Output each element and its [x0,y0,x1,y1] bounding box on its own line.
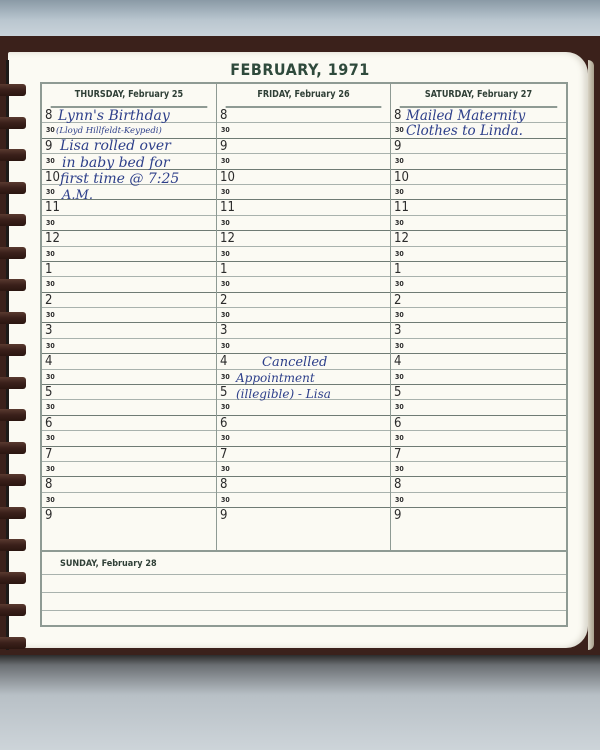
time-slot: 3 [42,323,216,338]
time-label: 30 [46,431,60,446]
time-slot: 1 [42,262,216,277]
time-slot: 30 [42,493,216,508]
time-slot: 30 [217,400,390,415]
time-label: 30 [221,216,235,231]
time-slot: 30 [42,277,216,292]
handwritten-note: Lisa rolled over [60,138,171,154]
time-label: 5 [45,385,59,400]
binder-ring [0,149,26,161]
time-slot: 30 [217,308,390,323]
time-label: 30 [46,247,60,262]
time-slot: 30 [42,216,216,231]
time-slot: 10 [217,170,390,185]
time-label: 9 [45,508,59,523]
sunday-line [42,593,566,611]
time-slot: 30 [391,400,566,415]
handwritten-note: Appointment [236,371,315,385]
time-slot: 7 [391,447,566,462]
time-label: 30 [46,216,60,231]
time-slot: 30 [217,216,390,231]
binder-ring [0,312,26,324]
time-label: 7 [220,447,234,462]
time-label: 30 [46,154,60,169]
time-slot: 5 [391,385,566,400]
time-label: 10 [394,170,408,185]
handwritten-note: Lynn's Birthday [58,108,170,124]
time-slot: 30 [217,185,390,200]
time-label: 3 [45,323,59,338]
time-slot: 11 [391,200,566,215]
time-slot: 30 [391,462,566,477]
time-label: 9 [45,139,59,154]
day-column-saturday: SATURDAY, February 27 830930103011301230… [391,84,566,550]
binder-ring [0,409,26,421]
time-slot: 1 [217,262,390,277]
binder-ring [0,507,26,519]
time-label: 6 [45,416,59,431]
handwritten-note: Mailed Maternity [406,108,525,124]
time-slot: 9 [217,139,390,154]
time-label: 11 [394,200,408,215]
day-column-friday: FRIDAY, February 26 83093010301130123013… [217,84,391,550]
time-label: 30 [46,370,60,385]
background [0,655,600,750]
time-slot: 30 [391,493,566,508]
binder-ring [0,344,26,356]
handwritten-note: first time @ 7:25 [60,171,179,187]
time-slot: 9 [391,139,566,154]
time-slot: 8 [42,477,216,492]
binder-ring [0,572,26,584]
time-slot: 2 [391,293,566,308]
day-header: SATURDAY, February 27 [400,84,558,108]
time-slot: 30 [42,308,216,323]
time-label: 30 [46,493,60,508]
time-label: 1 [220,262,234,277]
time-label: 30 [395,308,409,323]
binder-ring [0,539,26,551]
time-slot: 30 [391,154,566,169]
binder-ring [0,214,26,226]
time-label: 2 [394,293,408,308]
time-slot: 30 [217,431,390,446]
time-label: 30 [221,154,235,169]
time-label: 30 [46,185,60,200]
time-label: 7 [45,447,59,462]
time-label: 30 [221,247,235,262]
time-label: 5 [220,385,234,400]
time-label: 4 [45,354,59,369]
time-slot: 30 [42,339,216,354]
time-label: 10 [220,170,234,185]
time-label: 9 [394,508,408,523]
handwritten-note: A.M. [62,188,93,203]
time-slot: 30 [391,247,566,262]
time-label: 5 [394,385,408,400]
time-label: 1 [394,262,408,277]
time-label: 3 [220,323,234,338]
time-slot: 8 [217,477,390,492]
time-label: 12 [220,231,234,246]
time-label: 3 [394,323,408,338]
page-edge [588,60,594,650]
time-label: 11 [220,200,234,215]
time-label: 30 [395,462,409,477]
handwritten-note: in baby bed for [62,155,170,171]
sunday-header: SUNDAY, February 28 [42,552,566,575]
binder-ring [0,377,26,389]
binder-ring [0,84,26,96]
binder-ring [0,247,26,259]
time-slot: 10 [391,170,566,185]
time-slot: 30 [217,123,390,138]
time-slot: 4 [391,354,566,369]
time-label: 30 [221,308,235,323]
binder-ring [0,442,26,454]
time-slot: 30 [391,216,566,231]
day-header: FRIDAY, February 26 [226,84,382,108]
time-slot: 30 [217,277,390,292]
time-label: 30 [395,400,409,415]
day-header: THURSDAY, February 25 [51,84,208,108]
time-slot: 30 [42,431,216,446]
time-label: 9 [220,139,234,154]
time-label: 30 [221,339,235,354]
time-slot: 11 [217,200,390,215]
time-label: 30 [395,185,409,200]
handwritten-note: Clothes to Linda. [406,123,523,139]
time-slot: 30 [217,339,390,354]
time-slot: 4 [42,354,216,369]
time-slot: 30 [42,400,216,415]
time-slot: 6 [391,416,566,431]
time-slot: 6 [217,416,390,431]
time-slot: 8 [391,477,566,492]
time-slot: 30 [391,277,566,292]
time-label: 6 [394,416,408,431]
time-slot: 30 [42,462,216,477]
month-title: FEBRUARY, 1971 [0,60,600,79]
time-label: 30 [221,400,235,415]
time-label: 11 [45,200,59,215]
time-label: 30 [46,400,60,415]
time-label: 30 [221,185,235,200]
time-label: 1 [45,262,59,277]
time-slot: 12 [217,231,390,246]
time-label: 8 [45,108,59,123]
time-label: 30 [46,462,60,477]
handwritten-note: Cancelled [262,355,327,370]
time-label: 8 [220,108,234,123]
time-slot: 9 [217,508,390,523]
time-label: 30 [395,216,409,231]
time-label: 2 [45,293,59,308]
time-slot: 30 [391,185,566,200]
handwritten-note: (Lloyd Hillfeldt-Keypedi) [56,126,162,136]
time-label: 30 [221,123,235,138]
time-label: 30 [395,431,409,446]
time-slot: 30 [217,493,390,508]
time-slot: 30 [217,462,390,477]
time-label: 9 [394,139,408,154]
time-label: 12 [45,231,59,246]
time-label: 10 [45,170,59,185]
time-slot: 30 [391,308,566,323]
time-slot: 3 [217,323,390,338]
binder-ring [0,182,26,194]
time-slot: 7 [42,447,216,462]
time-label: 30 [221,370,235,385]
time-label: 30 [221,493,235,508]
time-label: 7 [394,447,408,462]
time-slot: 7 [217,447,390,462]
time-label: 30 [46,308,60,323]
time-slot: 5 [42,385,216,400]
time-label: 8 [220,477,234,492]
time-label: 30 [221,277,235,292]
sunday-line [42,611,566,628]
binder-ring [0,117,26,129]
time-label: 30 [395,370,409,385]
binder-ring [0,474,26,486]
time-label: 30 [221,462,235,477]
time-label: 12 [394,231,408,246]
time-slot: 30 [391,431,566,446]
time-slot: 12 [391,231,566,246]
time-slot: 1 [391,262,566,277]
time-label: 8 [45,477,59,492]
time-label: 30 [395,277,409,292]
sunday-section: SUNDAY, February 28 [40,552,568,627]
time-slot: 9 [391,508,566,523]
time-slot: 30 [391,370,566,385]
time-label: 9 [220,508,234,523]
time-label: 30 [395,339,409,354]
time-slot: 12 [42,231,216,246]
time-slot: 3 [391,323,566,338]
handwritten-note: (illegible) - Lisa [236,387,331,401]
time-label: 30 [221,431,235,446]
time-slot: 30 [42,247,216,262]
time-slot: 30 [42,370,216,385]
sunday-line [42,575,566,593]
time-label: 30 [46,339,60,354]
time-slot: 6 [42,416,216,431]
time-slot: 8 [217,108,390,123]
time-label: 30 [46,277,60,292]
time-slot: 2 [42,293,216,308]
binder-ring [0,279,26,291]
time-slot: 30 [217,154,390,169]
binder-ring [0,637,26,649]
time-label: 30 [395,493,409,508]
time-label: 30 [395,154,409,169]
time-label: 2 [220,293,234,308]
time-slot: 2 [217,293,390,308]
time-slot: 30 [391,339,566,354]
time-label: 4 [394,354,408,369]
time-label: 30 [395,247,409,262]
time-slot: 30 [217,247,390,262]
time-label: 6 [220,416,234,431]
time-label: 8 [394,477,408,492]
time-label: 4 [220,354,234,369]
binder-ring [0,604,26,616]
time-slot: 9 [42,508,216,523]
